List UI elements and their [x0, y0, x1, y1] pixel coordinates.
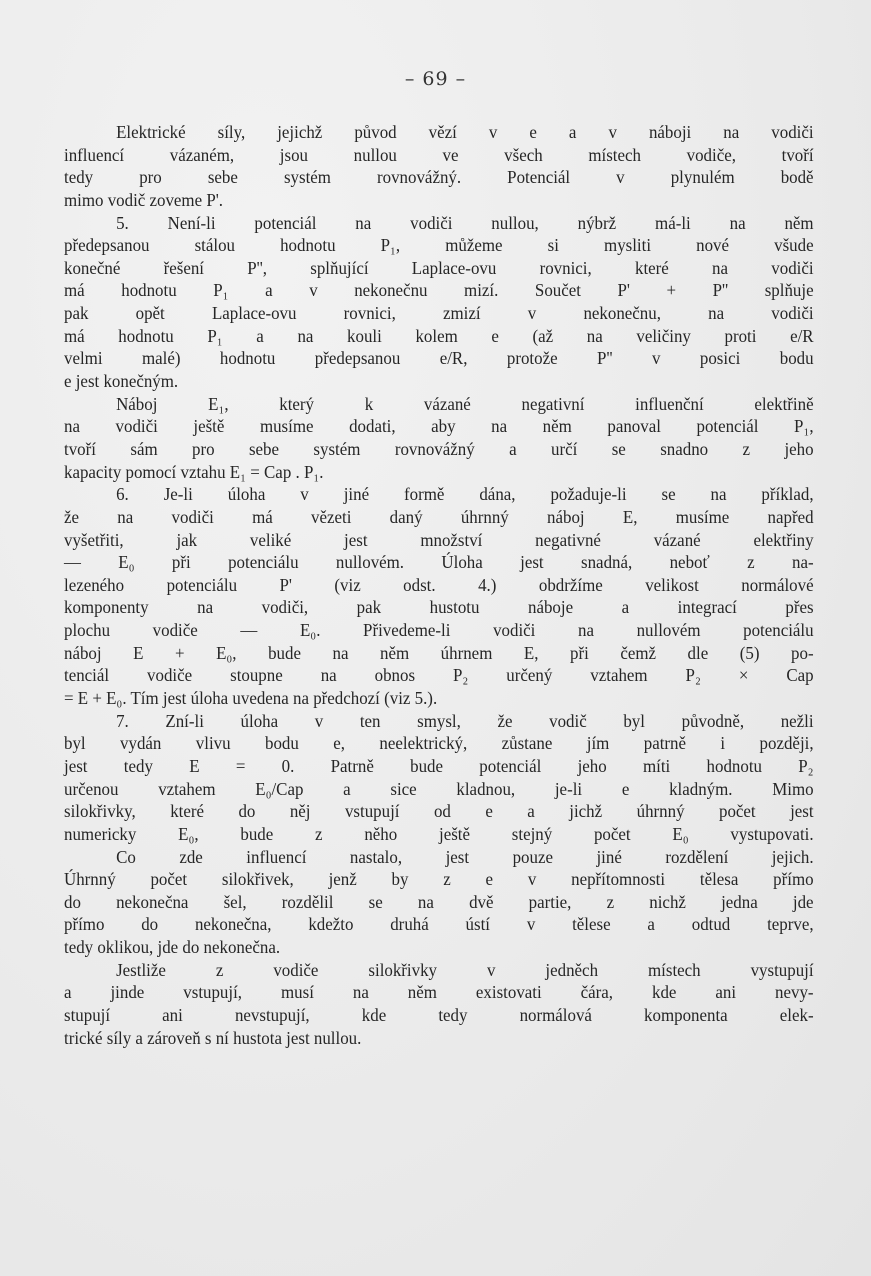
text-line: e jest konečným.	[64, 370, 814, 393]
text-line: plochu vodiče — E₀. Přivedeme-li vodiči …	[64, 619, 814, 642]
text-line: vyšetřiti, jak veliké jest množství nega…	[64, 529, 814, 552]
text-line: lezeného potenciálu P' (viz odst. 4.) ob…	[64, 574, 814, 597]
paragraph-first-line: 6. Je-li úloha v jiné formě dána, požadu…	[64, 483, 814, 506]
paragraph-first-line: Elektrické síly, jejichž původ vězí v e …	[64, 121, 814, 144]
text-line: — E₀ při potenciálu nullovém. Úloha jest…	[64, 551, 814, 574]
text-line: komponenty na vodiči, pak hustotu náboje…	[64, 596, 814, 619]
text-line: má hodnotu P₁ a na kouli kolem e (až na …	[64, 325, 814, 348]
paragraph-first-line: 7. Zní-li úloha v ten smysl, že vodič by…	[64, 710, 814, 733]
paragraph-first-line: Jestliže z vodiče silokřivky v jedněch m…	[64, 959, 814, 982]
text-line: přímo do nekonečna, kdežto druhá ústí v …	[64, 913, 814, 936]
text-line: tedy oklikou, jde do nekonečna.	[64, 936, 814, 959]
text-line: jest tedy E = 0. Patrně bude potenciál j…	[64, 755, 814, 778]
text-line: kapacity pomocí vztahu E₁ = Cap . P₁.	[64, 461, 814, 484]
text-line: velmi malé) hodnotu předepsanou e/R, pro…	[64, 347, 814, 370]
text-line: tedy pro sebe systém rovnovážný. Potenci…	[64, 166, 814, 189]
text-line: tenciál vodiče stoupne na obnos P₂ určen…	[64, 664, 814, 687]
text-line: Úhrnný počet silokřivek, jenž by z e v n…	[64, 868, 814, 891]
text-line: silokřivky, které do něj vstupují od e a…	[64, 800, 814, 823]
scanned-page: – 69 – Elektrické síly, jejichž původ vě…	[0, 0, 871, 1276]
paragraph-first-line: Co zde influencí nastalo, jest pouze jin…	[64, 846, 814, 869]
text-line: trické síly a zároveň s ní hustota jest …	[64, 1027, 814, 1050]
text-line: do nekonečna šel, rozdělil se na dvě par…	[64, 891, 814, 914]
paragraph-first-line: Náboj E₁, který k vázané negativní influ…	[64, 393, 814, 416]
body-text: Elektrické síly, jejichž původ vězí v e …	[64, 121, 814, 1049]
text-line: náboj E + E₀, bude na něm úhrnem E, při …	[64, 642, 814, 665]
text-line: pak opět Laplace-ovu rovnici, zmizí v ne…	[64, 302, 814, 325]
text-line: tvoří sám pro sebe systém rovnovážný a u…	[64, 438, 814, 461]
text-line: stupují ani nevstupují, kde tedy normálo…	[64, 1004, 814, 1027]
text-line: že na vodiči má vězeti daný úhrnný náboj…	[64, 506, 814, 529]
text-line: konečné řešení P'', splňující Laplace-ov…	[64, 257, 814, 280]
text-line: numericky E₀, bude z něho ještě stejný p…	[64, 823, 814, 846]
text-line: mimo vodič zoveme P'.	[64, 189, 814, 212]
page-number: – 69 –	[0, 68, 871, 90]
text-line: na vodiči ještě musíme dodati, aby na ně…	[64, 415, 814, 438]
paragraph-first-line: 5. Není-li potenciál na vodiči nullou, n…	[64, 212, 814, 235]
text-line: influencí vázaném, jsou nullou ve všech …	[64, 144, 814, 167]
text-line: určenou vztahem E₀/Cap a sice kladnou, j…	[64, 778, 814, 801]
text-line: má hodnotu P₁ a v nekonečnu mizí. Součet…	[64, 279, 814, 302]
text-line: byl vydán vlivu bodu e, neelektrický, zů…	[64, 732, 814, 755]
text-line: předepsanou stálou hodnotu P₁, můžeme si…	[64, 234, 814, 257]
text-line: a jinde vstupují, musí na něm existovati…	[64, 981, 814, 1004]
text-line: = E + E₀. Tím jest úloha uvedena na před…	[64, 687, 814, 710]
